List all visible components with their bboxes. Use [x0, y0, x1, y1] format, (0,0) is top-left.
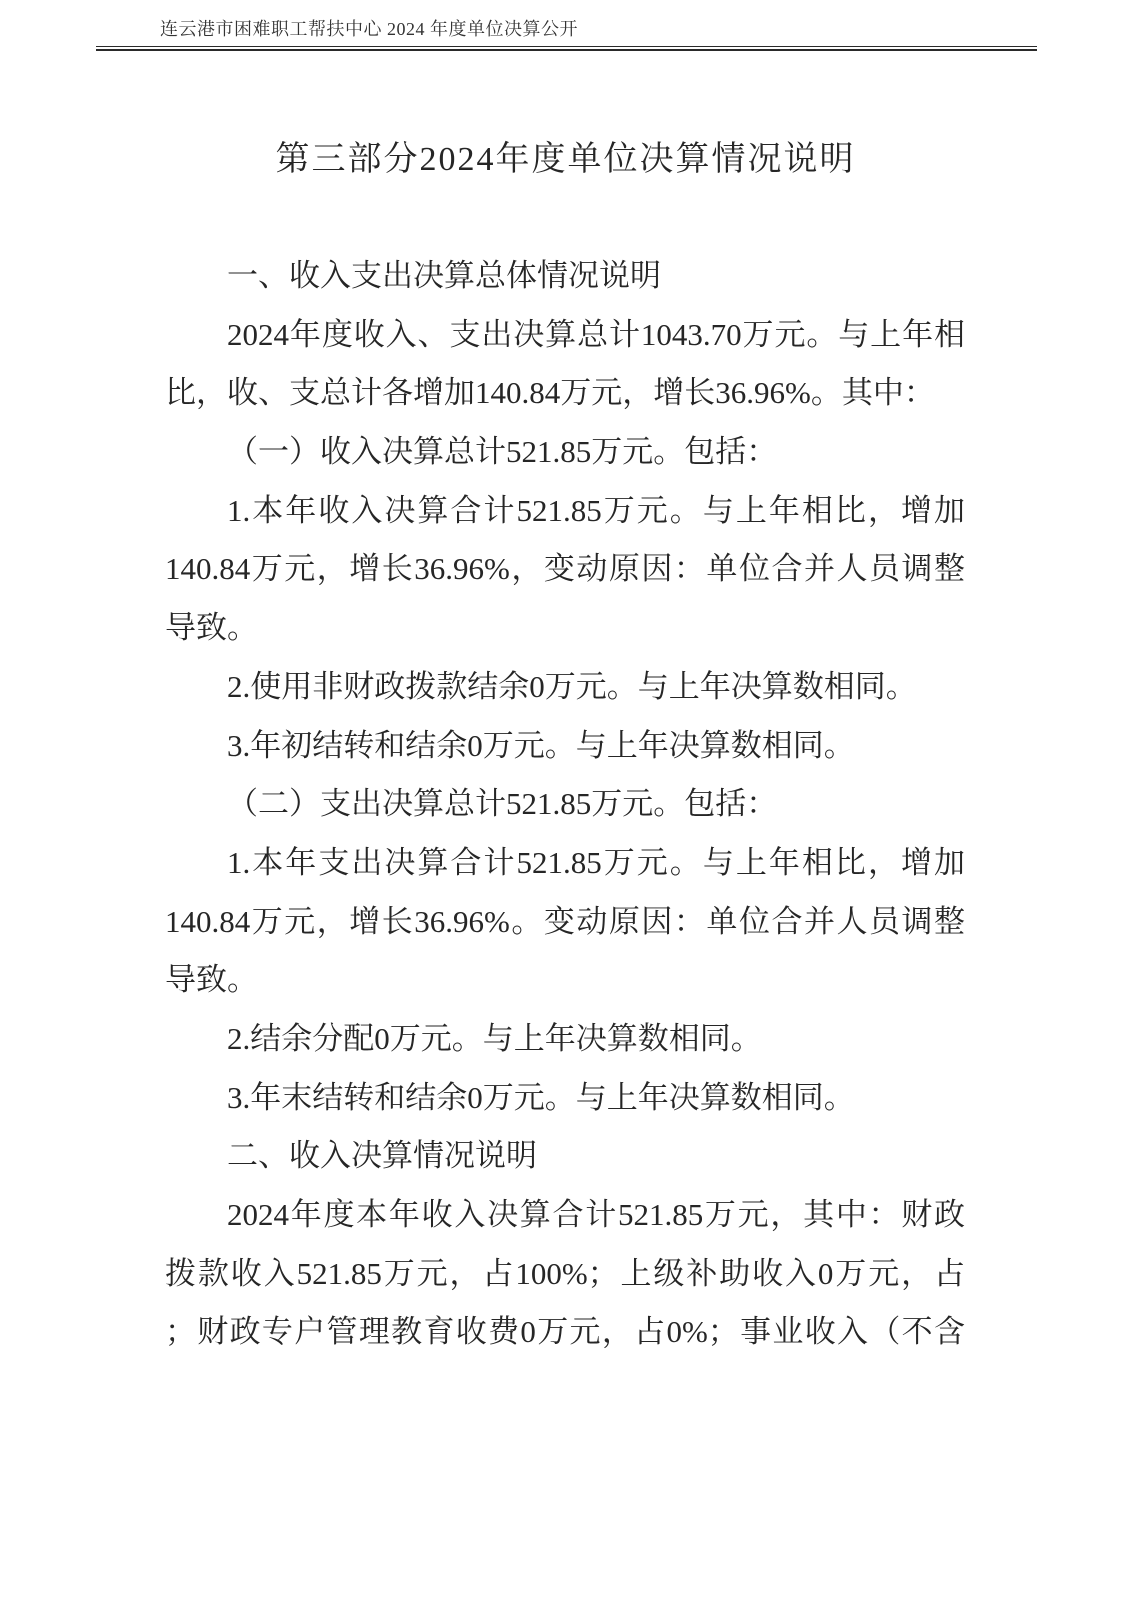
body-line: 3.年末结转和结余0万元。与上年决算数相同。 [165, 1069, 965, 1128]
body-line: 导致。 [165, 599, 965, 658]
header-title: 连云港市困难职工帮扶中心 2024 年度单位决算公开 [160, 0, 1037, 41]
document-title: 第三部分2024年度单位决算情况说明 [0, 131, 1131, 180]
body-line: 1.本年支出决算合计521.85万元。与上年相比，增加 [165, 834, 965, 893]
body-line: （一）收入决算总计521.85万元。包括： [165, 423, 965, 482]
body-line: 2.结余分配0万元。与上年决算数相同。 [165, 1010, 965, 1069]
page-header: 连云港市困难职工帮扶中心 2024 年度单位决算公开 [96, 0, 1037, 51]
body-line: 140.84万元，增长36.96%。变动原因：单位合并人员调整 [165, 893, 965, 952]
body-line: （二）支出决算总计521.85万元。包括： [165, 775, 965, 834]
document-page: 连云港市困难职工帮扶中心 2024 年度单位决算公开 第三部分2024年度单位决… [0, 0, 1131, 1600]
section-heading: 一、收入支出决算总体情况说明 [165, 247, 965, 306]
body-line: 140.84万元，增长36.96%，变动原因：单位合并人员调整 [165, 540, 965, 599]
body-line: 1.本年收入决算合计521.85万元。与上年相比，增加 [165, 482, 965, 541]
body-line: 导致。 [165, 951, 965, 1010]
header-divider [96, 46, 1037, 51]
document-body: 一、收入支出决算总体情况说明 2024年度收入、支出决算总计1043.70万元。… [165, 247, 965, 1362]
body-line: ；财政专户管理教育收费0万元，占0%；事业收入（不含专 [165, 1303, 965, 1362]
body-line: 2024年度本年收入决算合计521.85万元，其中：财政 [165, 1186, 965, 1245]
body-line: 拨款收入521.85万元，占100%；上级补助收入0万元，占0% [165, 1245, 965, 1304]
body-line: 比，收、支总计各增加140.84万元，增长36.96%。其中： [165, 364, 965, 423]
section-heading: 二、收入决算情况说明 [165, 1127, 965, 1186]
body-line: 2.使用非财政拨款结余0万元。与上年决算数相同。 [165, 658, 965, 717]
body-line: 2024年度收入、支出决算总计1043.70万元。与上年相 [165, 306, 965, 365]
body-line: 3.年初结转和结余0万元。与上年决算数相同。 [165, 717, 965, 776]
